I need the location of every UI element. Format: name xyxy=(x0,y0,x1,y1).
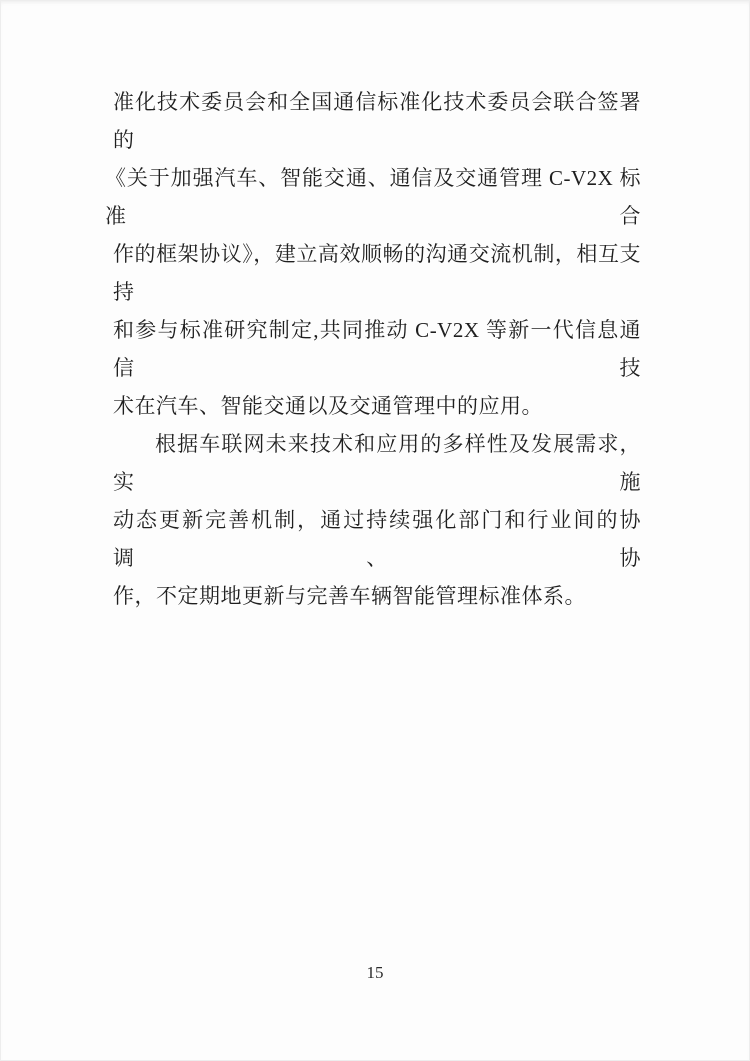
text-line: 动态更新完善机制，通过持续强化部门和行业间的协调、协 xyxy=(113,501,641,577)
paragraph-dynamic-update: 根据车联网未来技术和应用的多样性及发展需求，实施 动态更新完善机制，通过持续强化… xyxy=(113,425,641,615)
text-line: 作，不定期地更新与完善车辆智能管理标准体系。 xyxy=(113,577,641,615)
text-line: 《关于加强汽车、智能交通、通信及交通管理 C-V2X 标准合 xyxy=(105,159,641,235)
page-number: 15 xyxy=(0,961,750,985)
text-line: 作的框架协议》，建立高效顺畅的沟通交流机制，相互支持 xyxy=(113,235,641,311)
text-line: 术在汽车、智能交通以及交通管理中的应用。 xyxy=(113,387,641,425)
text-line: 根据车联网未来技术和应用的多样性及发展需求，实施 xyxy=(113,425,641,501)
text-line: 准化技术委员会和全国通信标准化技术委员会联合签署的 xyxy=(113,83,641,159)
text-line: 和参与标准研究制定,共同推动 C-V2X 等新一代信息通信技 xyxy=(113,311,641,387)
paragraph-continuation: 准化技术委员会和全国通信标准化技术委员会联合签署的 《关于加强汽车、智能交通、通… xyxy=(113,83,641,425)
document-page: 准化技术委员会和全国通信标准化技术委员会联合签署的 《关于加强汽车、智能交通、通… xyxy=(0,0,750,1061)
body-text: 准化技术委员会和全国通信标准化技术委员会联合签署的 《关于加强汽车、智能交通、通… xyxy=(113,83,641,615)
